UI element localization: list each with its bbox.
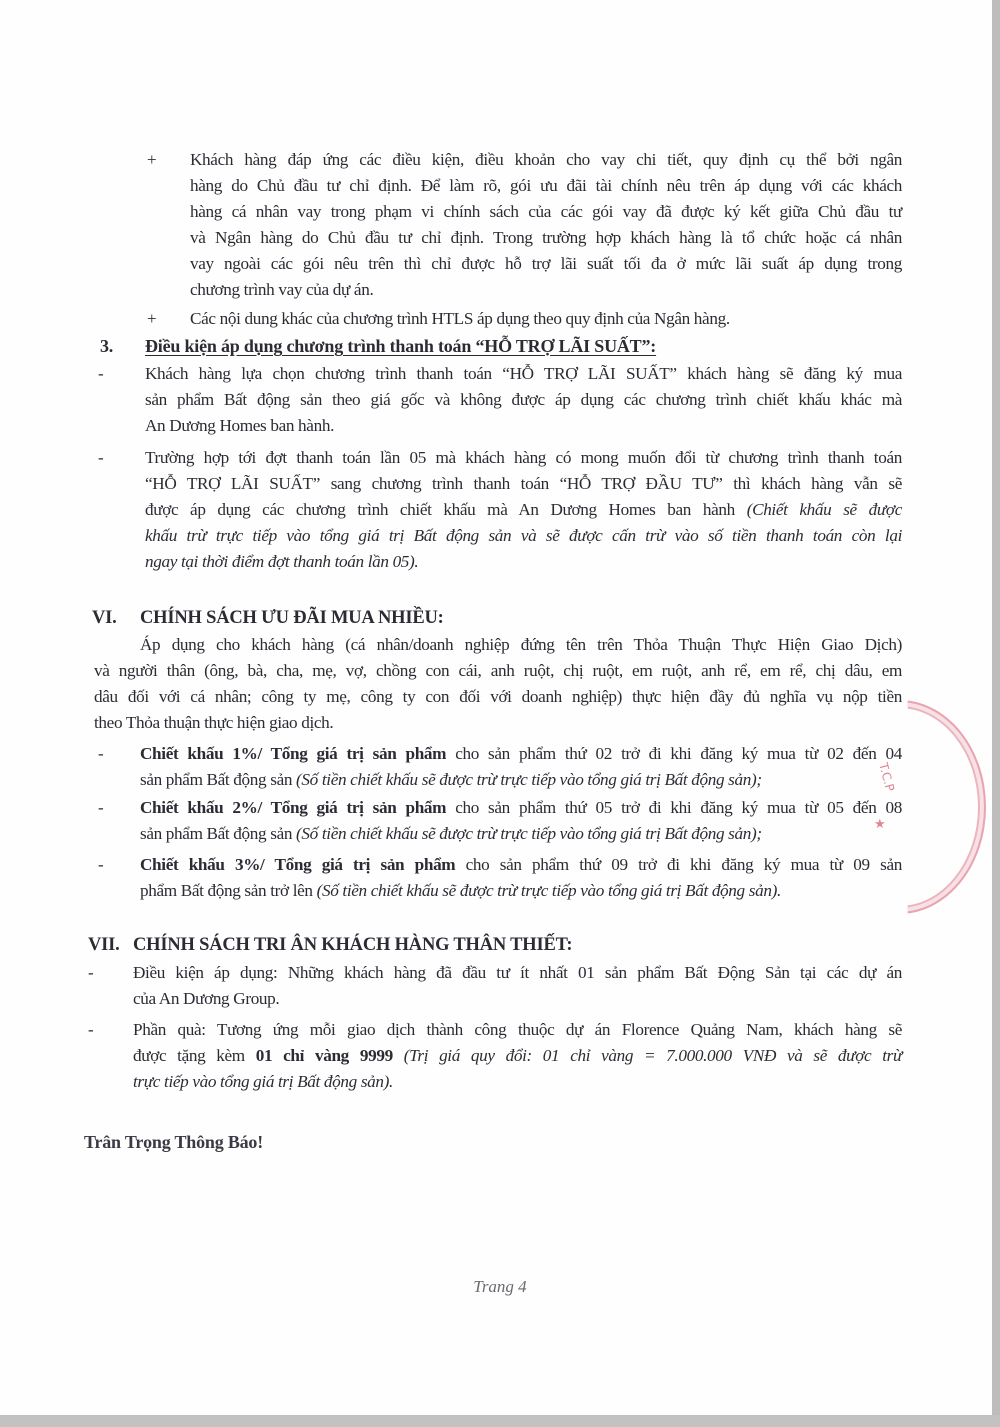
paragraph-line: dâu đối với cá nhân; công ty mẹ, công ty… <box>94 684 902 710</box>
plus-bullet: + <box>147 306 157 332</box>
text-normal: phẩm Bất động sản trở lên <box>140 881 317 900</box>
discount-label: Chiết khấu 2%/ Tổng giá trị sản phẩm <box>140 798 446 817</box>
section-number: VII. <box>88 932 120 958</box>
paragraph-line: chương trình vay của dự án. <box>190 277 373 303</box>
text-italic: (Trị giá quy đổi: 01 chỉ vàng = 7.000.00… <box>393 1046 902 1065</box>
paragraph-line: trực tiếp vào tổng giá trị Bất động sản)… <box>133 1069 393 1095</box>
text-italic: (Số tiền chiết khấu sẽ được trừ trực tiế… <box>317 881 781 900</box>
scan-edge-right <box>992 0 1000 1427</box>
paragraph-line: Khách hàng lựa chọn chương trình thanh t… <box>145 361 902 387</box>
dash-bullet: - <box>88 1017 94 1043</box>
paragraph-line: Điều kiện áp dụng: Những khách hàng đã đ… <box>133 960 902 986</box>
paragraph-line: Phần quà: Tương ứng mỗi giao dịch thành … <box>133 1017 902 1043</box>
text-italic: (Số tiền chiết khấu sẽ được trừ trực tiế… <box>296 770 762 789</box>
text-italic: (Số tiền chiết khấu sẽ được trừ trực tiế… <box>296 824 762 843</box>
paragraph-line: sản phẩm Bất động sản (Số tiền chiết khấ… <box>140 821 762 847</box>
paragraph-line: “HỖ TRỢ LÃI SUẤT” sang chương trình than… <box>145 471 902 497</box>
paragraph-line: Các nội dung khác của chương trình HTLS … <box>190 306 730 332</box>
text-italic: (Chiết khấu sẽ được <box>747 500 902 519</box>
paragraph-line: An Dương Homes ban hành. <box>145 413 334 439</box>
text-normal: cho sản phẩm thứ 05 trở đi khi đăng ký m… <box>446 798 902 817</box>
dash-bullet: - <box>98 361 104 387</box>
paragraph-line: sản phẩm Bất động sản (Số tiền chiết khấ… <box>140 767 762 793</box>
page-number: Trang 4 <box>0 1277 1000 1297</box>
paragraph-line: được tặng kèm 01 chỉ vàng 9999 (Trị giá … <box>133 1043 902 1069</box>
text-normal: sản phẩm Bất động sản <box>140 770 296 789</box>
text-normal: cho sản phẩm thứ 02 trở đi khi đăng ký m… <box>446 744 902 763</box>
discount-line: Chiết khấu 2%/ Tổng giá trị sản phẩm cho… <box>140 795 902 821</box>
text-normal: được áp dụng các chương trình chiết khấu… <box>145 500 747 519</box>
paragraph-line: được áp dụng các chương trình chiết khấu… <box>145 497 902 523</box>
paragraph-line: vay ngoài các gói nêu trên thì chỉ được … <box>190 251 902 277</box>
paragraph-line: sản phẩm Bất động sản theo giá gốc và kh… <box>145 387 902 413</box>
paragraph-line: Áp dụng cho khách hàng (cá nhân/doanh ng… <box>140 632 902 658</box>
dash-bullet: - <box>98 445 104 471</box>
paragraph-line: khấu trừ trực tiếp vào tổng giá trị Bất … <box>145 523 902 549</box>
text-normal: được tặng kèm <box>133 1046 256 1065</box>
dash-bullet: - <box>98 852 104 878</box>
scan-edge-bottom <box>0 1415 1000 1427</box>
text-normal: cho sản phẩm thứ 09 trở đi khi đăng ký m… <box>455 855 902 874</box>
dash-bullet: - <box>88 960 94 986</box>
star-icon: ★ <box>874 818 886 832</box>
plus-bullet: + <box>147 147 157 173</box>
discount-line: Chiết khấu 3%/ Tổng giá trị sản phẩm cho… <box>140 852 902 878</box>
paragraph-line: Trường hợp tới đợt thanh toán lần 05 mà … <box>145 445 902 471</box>
discount-label: Chiết khấu 1%/ Tổng giá trị sản phẩm <box>140 744 446 763</box>
closing-text: Trân Trọng Thông Báo! <box>84 1129 263 1155</box>
gift-highlight: 01 chỉ vàng 9999 <box>256 1046 393 1065</box>
paragraph-line: của An Dương Group. <box>133 986 279 1012</box>
paragraph-line: phẩm Bất động sản trở lên (Số tiền chiết… <box>140 878 781 904</box>
section-VI-title: CHÍNH SÁCH ƯU ĐÃI MUA NHIỀU: <box>140 605 444 631</box>
dash-bullet: - <box>98 741 104 767</box>
discount-line: Chiết khấu 1%/ Tổng giá trị sản phẩm cho… <box>140 741 902 767</box>
text-normal: sản phẩm Bất động sản <box>140 824 296 843</box>
paragraph-line: theo Thỏa thuận thực hiện giao dịch. <box>94 710 333 736</box>
paragraph-line: Khách hàng đáp ứng các điều kiện, điều k… <box>190 147 902 173</box>
discount-label: Chiết khấu 3%/ Tổng giá trị sản phẩm <box>140 855 455 874</box>
dash-bullet: - <box>98 795 104 821</box>
section-number: 3. <box>100 333 113 359</box>
section-3-title: Điều kiện áp dụng chương trình thanh toá… <box>145 333 656 359</box>
paragraph-line: hàng do Chủ đầu tư chỉ định. Để làm rõ, … <box>190 173 902 199</box>
section-VII-title: CHÍNH SÁCH TRI ÂN KHÁCH HÀNG THÂN THIẾT: <box>133 932 572 958</box>
section-number: VI. <box>92 605 117 631</box>
paragraph-line: hàng cá nhân vay trong phạm vi chính sác… <box>190 199 902 225</box>
paragraph-line: ngay tại thời điểm đợt thanh toán lần 05… <box>145 549 418 575</box>
paragraph-line: và Ngân hàng do Chủ đầu tư chỉ định. Tro… <box>190 225 902 251</box>
document-page: + Khách hàng đáp ứng các điều kiện, điều… <box>0 0 992 1415</box>
paragraph-line: và người thân (ông, bà, cha, mẹ, vợ, chồ… <box>94 658 902 684</box>
